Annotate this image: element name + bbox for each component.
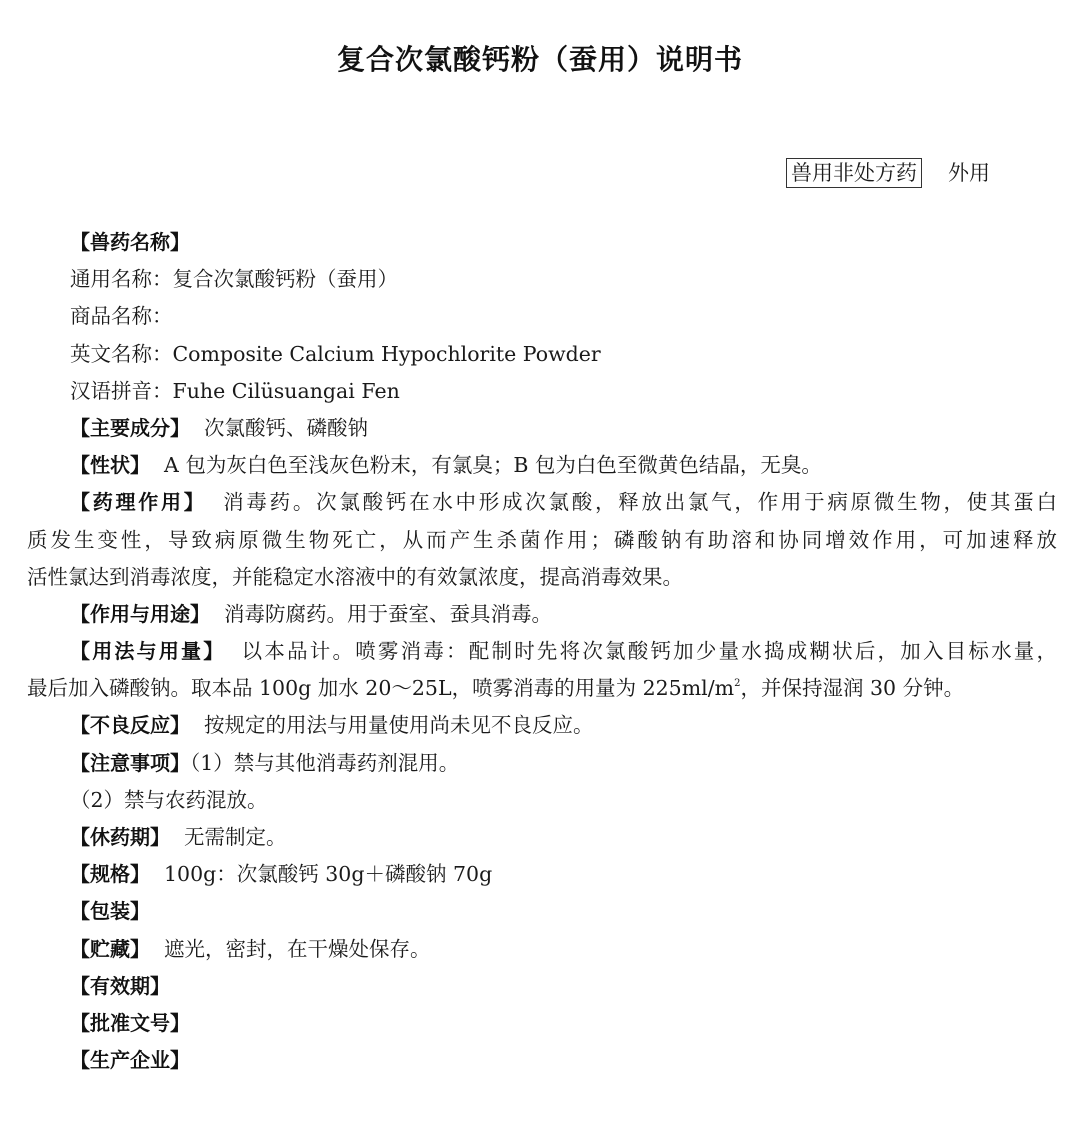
- section-appearance: 【性状】A 包为灰白色至浅灰色粉末，有氯臭；B 包为白色至微黄色结晶，无臭。: [27, 447, 1057, 484]
- dosage-text-line1: 以本品计。喷雾消毒：配制时先将次氯酸钙加少量水捣成糊状后，加入目标水量，: [239, 639, 1057, 663]
- indications-text: 消毒防腐药。用于蚕室、蚕具消毒。: [224, 602, 552, 626]
- section-shelf-life: 【有效期】: [27, 968, 1057, 1005]
- section-heading: 【不良反应】: [70, 713, 190, 737]
- generic-name-row: 通用名称：复合次氯酸钙粉（蚕用）: [27, 261, 1057, 298]
- section-package: 【包装】: [27, 893, 1057, 930]
- pinyin-row: 汉语拼音：Fuhe Cilüsuangai Fen: [27, 373, 1057, 410]
- section-heading: 【注意事项】: [70, 751, 190, 775]
- english-name-value: Composite Calcium Hypochlorite Powder: [173, 342, 601, 366]
- section-heading: 【包装】: [70, 899, 150, 923]
- section-ingredients: 【主要成分】次氯酸钙、磷酸钠: [27, 410, 1057, 447]
- field-label: 通用名称：: [70, 267, 173, 291]
- section-heading: 【作用与用途】: [70, 602, 210, 626]
- specification-text: 100g：次氯酸钙 30g＋磷酸钠 70g: [164, 862, 492, 886]
- pharmacology-text-line3: 活性氯达到消毒浓度，并能稳定水溶液中的有效氯浓度，提高消毒效果。: [27, 565, 683, 589]
- document-body: 【兽药名称】 通用名称：复合次氯酸钙粉（蚕用） 商品名称： 英文名称：Compo…: [27, 224, 1057, 1079]
- generic-name-value: 复合次氯酸钙粉（蚕用）: [173, 267, 399, 291]
- pinyin-value: Fuhe Cilüsuangai Fen: [173, 379, 400, 403]
- dosage-text-line2b: ，并保持湿润 30 分钟。: [740, 676, 964, 700]
- dosage-text-line2a: 最后加入磷酸钠。取本品 100g 加水 20～25L，喷雾消毒的用量为 225m…: [27, 676, 734, 700]
- precaution-item-1: （1）禁与其他消毒药剂混用。: [190, 751, 459, 775]
- pharmacology-text-line1: 消毒药。次氯酸钙在水中形成次氯酸，释放出氯气，作用于病原微生物，使其蛋白: [220, 490, 1057, 514]
- section-storage: 【贮藏】遮光，密封，在干燥处保存。: [27, 931, 1057, 968]
- section-withdrawal: 【休药期】无需制定。: [27, 819, 1057, 856]
- section-heading: 【休药期】: [70, 825, 170, 849]
- pharmacology-line2: 质发生变性，导致病原微生物死亡，从而产生杀菌作用；磷酸钠有助溶和协同增效作用，可…: [27, 522, 1057, 559]
- appearance-text: A 包为灰白色至浅灰色粉末，有氯臭；B 包为白色至微黄色结晶，无臭。: [164, 453, 822, 477]
- section-heading: 【药理作用】: [70, 490, 206, 514]
- section-heading: 【批准文号】: [70, 1011, 190, 1035]
- header-badges: 兽用非处方药 外用: [786, 158, 990, 188]
- precaution-item-2: （2）禁与农药混放。: [70, 788, 268, 812]
- section-heading: 【主要成分】: [70, 416, 190, 440]
- ingredients-text: 次氯酸钙、磷酸钠: [204, 416, 368, 440]
- section-heading: 【性状】: [70, 453, 150, 477]
- section-precautions: 【注意事项】（1）禁与其他消毒药剂混用。: [27, 745, 1057, 782]
- storage-text: 遮光，密封，在干燥处保存。: [164, 937, 431, 961]
- section-heading: 【规格】: [70, 862, 150, 886]
- dosage-line2: 最后加入磷酸钠。取本品 100g 加水 20～25L，喷雾消毒的用量为 225m…: [27, 670, 1057, 707]
- section-pharmacology: 【药理作用】消毒药。次氯酸钙在水中形成次氯酸，释放出氯气，作用于病原微生物，使其…: [27, 484, 1057, 521]
- field-label: 英文名称：: [70, 342, 173, 366]
- route-label: 外用: [948, 159, 990, 187]
- section-drug-name-heading: 【兽药名称】: [27, 224, 1057, 261]
- document-title: 复合次氯酸钙粉（蚕用）说明书: [0, 38, 1080, 82]
- otc-badge: 兽用非处方药: [786, 158, 922, 188]
- section-adverse-reactions: 【不良反应】按规定的用法与用量使用尚未见不良反应。: [27, 707, 1057, 744]
- section-heading: 【生产企业】: [70, 1048, 190, 1072]
- section-specification: 【规格】100g：次氯酸钙 30g＋磷酸钠 70g: [27, 856, 1057, 893]
- pharmacology-text-line2: 质发生变性，导致病原微生物死亡，从而产生杀菌作用；磷酸钠有助溶和协同增效作用，可…: [27, 528, 1057, 552]
- section-heading: 【贮藏】: [70, 937, 150, 961]
- field-label: 汉语拼音：: [70, 379, 173, 403]
- section-indications: 【作用与用途】消毒防腐药。用于蚕室、蚕具消毒。: [27, 596, 1057, 633]
- section-heading: 【有效期】: [70, 974, 170, 998]
- pharmacology-line3: 活性氯达到消毒浓度，并能稳定水溶液中的有效氯浓度，提高消毒效果。: [27, 559, 1057, 596]
- precautions-line2: （2）禁与农药混放。: [27, 782, 1057, 819]
- section-heading: 【用法与用量】: [70, 639, 225, 663]
- adverse-text: 按规定的用法与用量使用尚未见不良反应。: [204, 713, 594, 737]
- english-name-row: 英文名称：Composite Calcium Hypochlorite Powd…: [27, 336, 1057, 373]
- section-approval-number: 【批准文号】: [27, 1005, 1057, 1042]
- section-heading: 【兽药名称】: [70, 230, 190, 254]
- withdrawal-text: 无需制定。: [184, 825, 287, 849]
- field-label: 商品名称：: [70, 304, 173, 328]
- section-manufacturer: 【生产企业】: [27, 1042, 1057, 1079]
- section-dosage: 【用法与用量】以本品计。喷雾消毒：配制时先将次氯酸钙加少量水捣成糊状后，加入目标…: [27, 633, 1057, 670]
- trade-name-row: 商品名称：: [27, 298, 1057, 335]
